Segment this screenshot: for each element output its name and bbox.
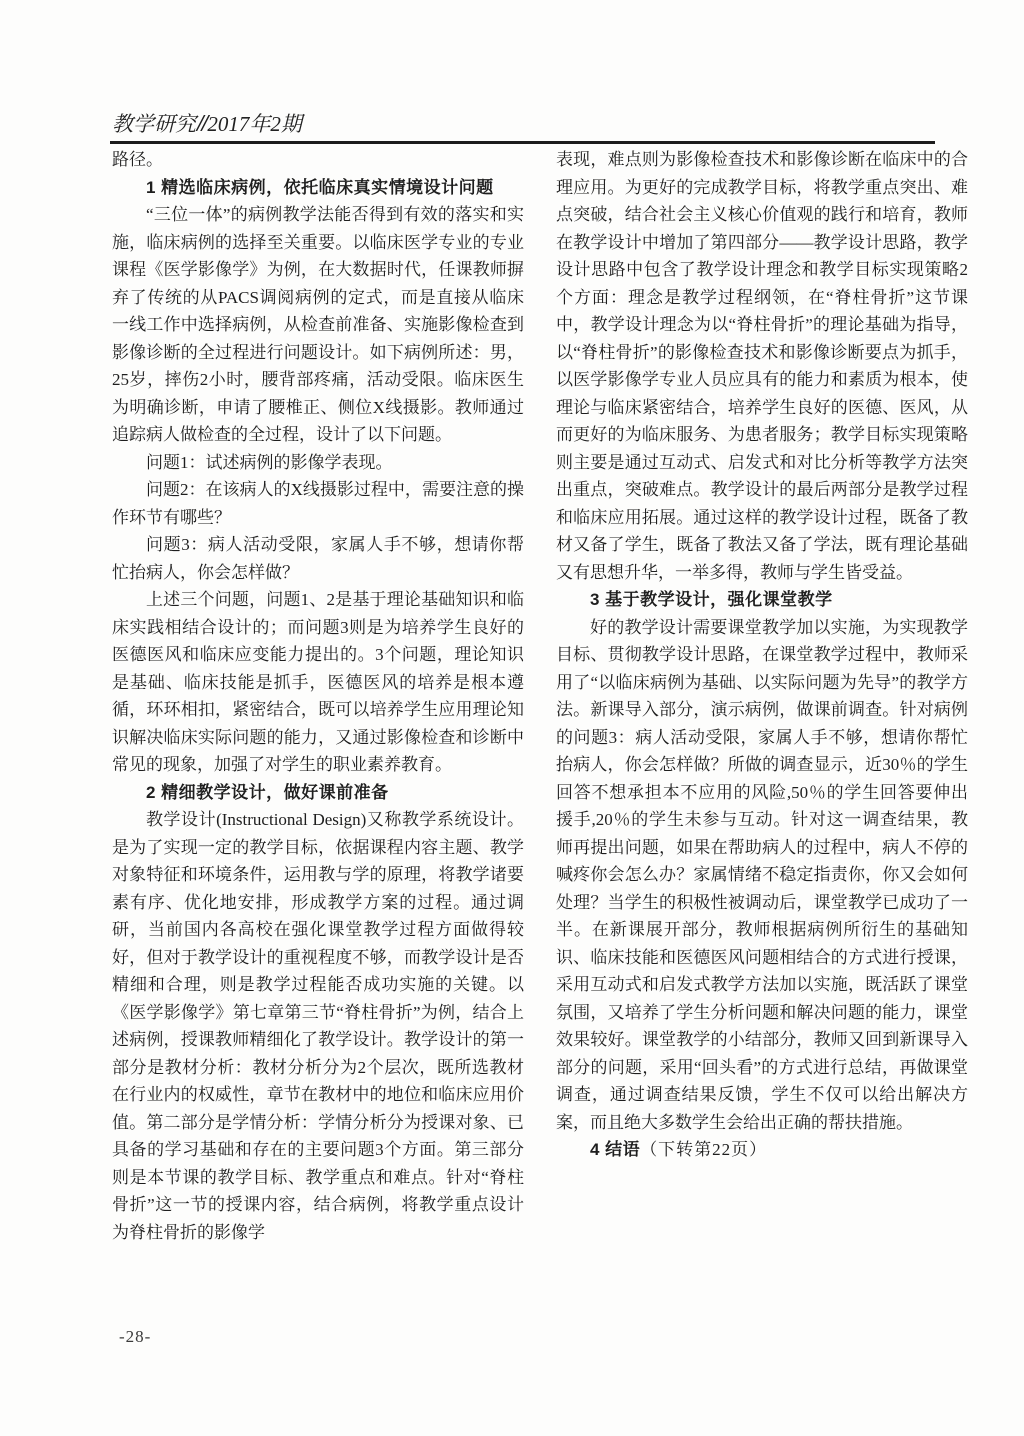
body-paragraph: “三位一体”的病例教学法能否得到有效的落实和实施，临床病例的选择至关重要。以临床… <box>112 201 524 449</box>
continuation-note: （下转第22页） <box>640 1140 767 1159</box>
page-number: -28- <box>119 1327 151 1347</box>
header-rule <box>110 141 935 144</box>
issue-label: 2017年2期 <box>207 112 302 136</box>
body-paragraph: 好的教学设计需要课堂教学加以实施，为实现教学目标、贯彻教学设计思路，在课堂教学过… <box>556 614 968 1137</box>
running-head: 教学研究//2017年2期 <box>112 108 302 138</box>
section-heading: 1 精选临床病例，依托临床真实情境设计问题 <box>112 174 524 202</box>
journal-title: 教学研究 <box>112 112 196 136</box>
column-left: 路径。1 精选临床病例，依托临床真实情境设计问题“三位一体”的病例教学法能否得到… <box>112 146 524 1246</box>
body-paragraph: 问题3：病人活动受限，家属人手不够，想请你帮忙抬病人，你会怎样做？ <box>112 531 524 586</box>
journal-separator: // <box>196 111 207 137</box>
body-paragraph: 上述三个问题，问题1、2是基于理论基础知识和临床实践相结合设计的；而问题3则是为… <box>112 586 524 779</box>
column-right: 表现，难点则为影像检查技术和影像诊断在临床中的合理应用。为更好的完成教学目标，将… <box>556 146 968 1164</box>
body-paragraph: 表现，难点则为影像检查技术和影像诊断在临床中的合理应用。为更好的完成教学目标，将… <box>556 146 968 586</box>
section-heading: 2 精细教学设计，做好课前准备 <box>112 779 524 807</box>
section-heading: 4 结语（下转第22页） <box>556 1136 968 1164</box>
body-paragraph: 问题1：试述病例的影像学表现。 <box>112 449 524 477</box>
body-paragraph: 路径。 <box>112 146 524 174</box>
body-paragraph: 问题2：在该病人的X线摄影过程中，需要注意的操作环节有哪些？ <box>112 476 524 531</box>
journal-page: 教学研究//2017年2期 路径。1 精选临床病例，依托临床真实情境设计问题“三… <box>0 0 1024 1436</box>
body-paragraph: 教学设计(Instructional Design)又称教学系统设计。是为了实现… <box>112 806 524 1246</box>
section-heading: 3 基于教学设计，强化课堂教学 <box>556 586 968 614</box>
